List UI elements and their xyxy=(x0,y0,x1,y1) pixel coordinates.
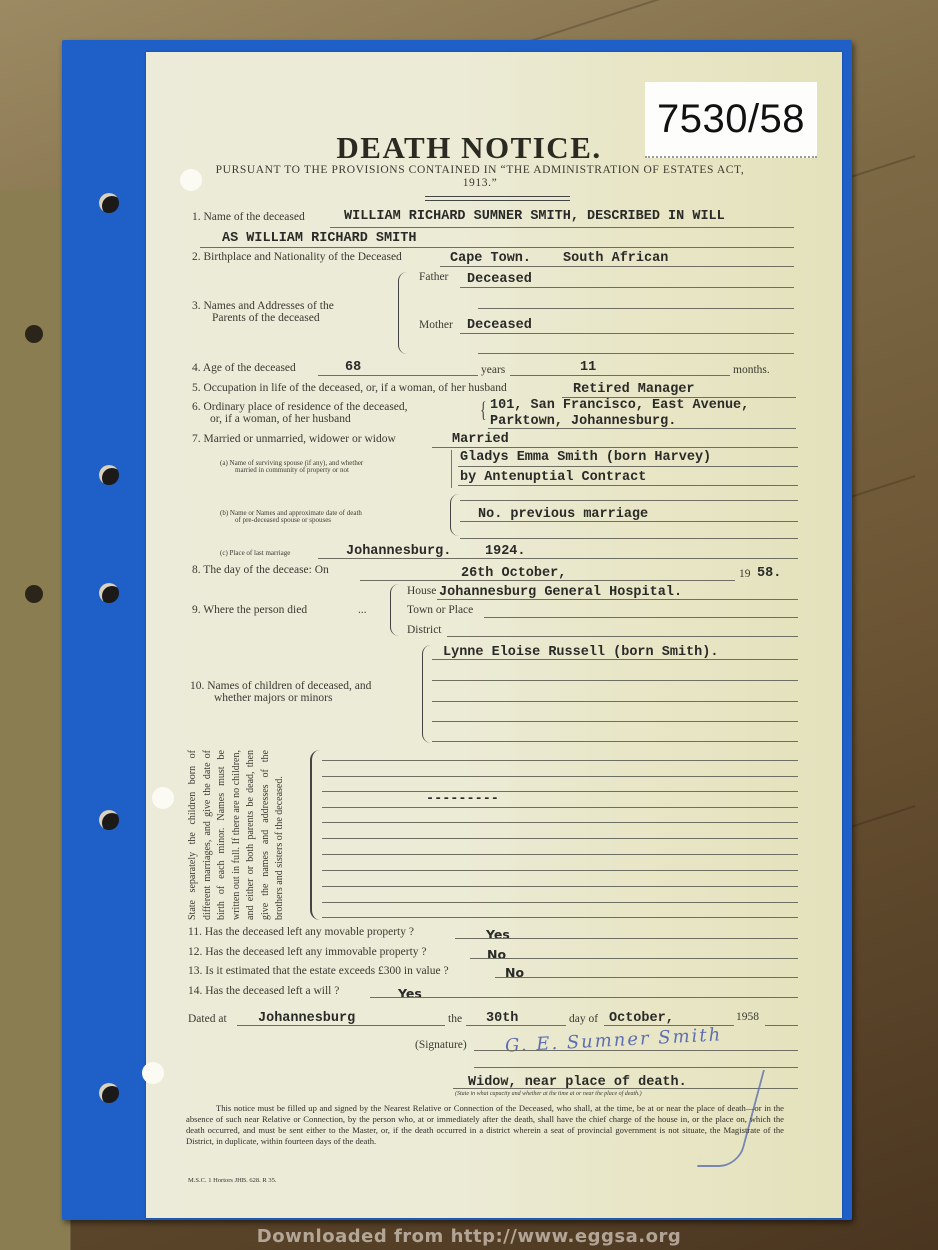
dated-year: 1958 xyxy=(736,1011,759,1023)
q3-label-line1: 3. Names and Addresses of the xyxy=(192,300,334,312)
rule xyxy=(510,375,730,376)
separate-marriages-value[interactable]: --------- xyxy=(426,792,499,807)
century-prefix: 19 xyxy=(739,568,751,580)
marriage-place[interactable]: Johannesburg. xyxy=(346,544,451,559)
rule xyxy=(318,558,798,559)
dated-at-label: Dated at xyxy=(188,1013,227,1025)
rule xyxy=(460,538,798,539)
rule xyxy=(458,466,798,467)
rule xyxy=(322,776,798,777)
bracket xyxy=(390,584,399,636)
rule xyxy=(474,1050,798,1051)
rule xyxy=(322,886,798,887)
death-day[interactable]: 26th October, xyxy=(461,566,566,581)
dated-place[interactable]: Johannesburg xyxy=(258,1011,355,1026)
q5-label: 5. Occupation in life of the deceased, o… xyxy=(192,382,507,394)
occupation-value[interactable]: Retired Manager xyxy=(573,382,695,397)
punch-hole xyxy=(99,465,119,485)
years-label: years xyxy=(481,364,505,376)
rule xyxy=(478,353,794,354)
punch-hole xyxy=(25,585,43,603)
rule xyxy=(322,807,798,808)
movable-property[interactable]: Yes xyxy=(486,927,510,942)
brace-symbol: { xyxy=(480,397,486,423)
day-of-label: day of xyxy=(569,1013,598,1025)
form-subtitle: PURSUANT TO THE PROVISIONS CONTAINED IN … xyxy=(200,164,760,190)
rule xyxy=(470,958,798,959)
q9-dots: ... xyxy=(358,604,367,616)
district-label: District xyxy=(407,624,442,636)
q1-name-line2[interactable]: AS WILLIAM RICHARD SMITH xyxy=(222,231,416,246)
q2-label: 2. Birthplace and Nationality of the Dec… xyxy=(192,251,402,263)
rule xyxy=(322,870,798,871)
rule xyxy=(460,333,794,334)
rule xyxy=(466,1025,566,1026)
rule xyxy=(322,854,798,855)
q6-label-line1: 6. Ordinary place of residence of the de… xyxy=(192,401,408,413)
rule xyxy=(765,1025,798,1026)
the-label: the xyxy=(448,1013,462,1025)
paper-hole xyxy=(180,169,202,191)
capacity-hint: (State in what capacity and whether at t… xyxy=(455,1091,642,1097)
dated-day[interactable]: 30th xyxy=(486,1011,518,1026)
q4-label: 4. Age of the deceased xyxy=(192,362,296,374)
punch-hole xyxy=(99,810,119,830)
q13-label: 13. Is it estimated that the estate exce… xyxy=(188,965,449,977)
child-1[interactable]: Lynne Eloise Russell (born Smith). xyxy=(443,645,718,660)
bracket xyxy=(422,645,431,743)
rule xyxy=(200,247,794,248)
rule xyxy=(318,375,478,376)
q6-label-line2: or, if a woman, of her husband xyxy=(210,413,351,425)
town-label: Town or Place xyxy=(407,604,473,616)
paper-hole xyxy=(142,1062,164,1084)
punch-hole xyxy=(99,583,119,603)
punch-hole xyxy=(99,1083,119,1103)
father-label: Father xyxy=(419,271,448,283)
months-label: months. xyxy=(733,364,770,376)
q2-birthplace[interactable]: Cape Town. xyxy=(450,251,531,266)
rule xyxy=(484,617,798,618)
rule xyxy=(322,917,798,918)
residence-line1[interactable]: 101, San Francisco, East Avenue, xyxy=(490,398,749,413)
q2-nationality[interactable]: South African xyxy=(563,251,668,266)
spouse-name[interactable]: Gladys Emma Smith (born Harvey) xyxy=(460,450,711,465)
rule xyxy=(432,447,798,448)
separate-marriages-note: State separately the children born of di… xyxy=(186,750,296,920)
rule xyxy=(478,308,794,309)
q8-label: 8. The day of the decease: On xyxy=(192,564,329,576)
house-label: House xyxy=(407,585,436,597)
rule xyxy=(460,500,798,501)
q3-label-line2: Parents of the deceased xyxy=(212,312,320,324)
rule xyxy=(488,428,796,429)
rule xyxy=(455,938,798,939)
mother-label: Mother xyxy=(419,319,453,331)
rule xyxy=(322,838,798,839)
punch-hole xyxy=(99,193,119,213)
title-divider xyxy=(425,196,570,201)
marital-status[interactable]: Married xyxy=(452,432,509,447)
source-watermark: Downloaded from http://www.eggsa.org xyxy=(0,1226,938,1247)
rule xyxy=(322,822,798,823)
q10-label-line1: 10. Names of children of deceased, and xyxy=(190,680,371,692)
instructions-footnote: This notice must be filled up and signed… xyxy=(186,1103,784,1147)
rule xyxy=(440,266,794,267)
rule xyxy=(370,997,798,998)
age-years[interactable]: 68 xyxy=(345,360,361,375)
rule xyxy=(460,521,798,522)
printer-mark: M.S.C. 1 Hortors JHB. 628. R 35. xyxy=(188,1177,276,1184)
q7b-label-line2: of pre-deceased spouse or spouses xyxy=(235,516,331,524)
q7c-label: (c) Place of last marriage xyxy=(220,549,290,557)
q1-name-line1[interactable]: WILLIAM RICHARD SUMNER SMITH, DESCRIBED … xyxy=(344,209,725,224)
rule xyxy=(474,1067,798,1068)
q11-label: 11. Has the deceased left any movable pr… xyxy=(188,926,414,938)
rule xyxy=(360,580,735,581)
rule xyxy=(432,741,798,742)
q10-label-line2: whether majors or minors xyxy=(214,692,333,704)
signature-label: (Signature) xyxy=(415,1039,467,1051)
q9-label: 9. Where the person died xyxy=(192,604,307,616)
q7a-label-line2: married in community of property or not xyxy=(235,466,349,474)
rule xyxy=(432,701,798,702)
immovable-property[interactable]: No xyxy=(487,947,506,962)
rule xyxy=(432,659,798,660)
q1-label: 1. Name of the deceased xyxy=(192,211,305,223)
rule xyxy=(458,485,798,486)
house-value[interactable]: Johannesburg General Hospital. xyxy=(439,585,682,600)
marriage-year[interactable]: 1924. xyxy=(485,544,526,559)
rule xyxy=(447,636,798,637)
paper-hole xyxy=(152,787,174,809)
previous-marriage[interactable]: No. previous marriage xyxy=(478,507,648,522)
rule xyxy=(460,287,794,288)
rule xyxy=(322,791,798,792)
rule xyxy=(322,902,798,903)
bracket xyxy=(310,750,320,920)
rule xyxy=(432,680,798,681)
bracket xyxy=(398,272,407,354)
mother-value[interactable]: Deceased xyxy=(467,318,532,333)
left-a-will[interactable]: Yes xyxy=(398,986,422,1001)
spouse-contract[interactable]: by Antenuptial Contract xyxy=(460,470,646,485)
death-year[interactable]: 58. xyxy=(757,566,781,581)
residence-line2[interactable]: Parktown, Johannesburg. xyxy=(490,414,676,429)
envelope-edge xyxy=(0,190,71,1250)
rule xyxy=(330,227,794,228)
rule xyxy=(432,721,798,722)
father-value[interactable]: Deceased xyxy=(467,272,532,287)
divider xyxy=(451,450,452,488)
form-title: DEATH NOTICE. xyxy=(0,130,938,166)
rule xyxy=(237,1025,445,1026)
bracket xyxy=(450,494,459,536)
q12-label: 12. Has the deceased left any immovable … xyxy=(188,946,427,958)
q7-label: 7. Married or unmarried, widower or wido… xyxy=(192,433,396,445)
age-months[interactable]: 11 xyxy=(580,360,596,375)
dated-month[interactable]: October, xyxy=(609,1011,674,1026)
punch-hole xyxy=(25,325,43,343)
q14-label: 14. Has the deceased left a will ? xyxy=(188,985,339,997)
rule xyxy=(495,977,798,978)
rule xyxy=(322,760,798,761)
rule xyxy=(437,599,798,600)
